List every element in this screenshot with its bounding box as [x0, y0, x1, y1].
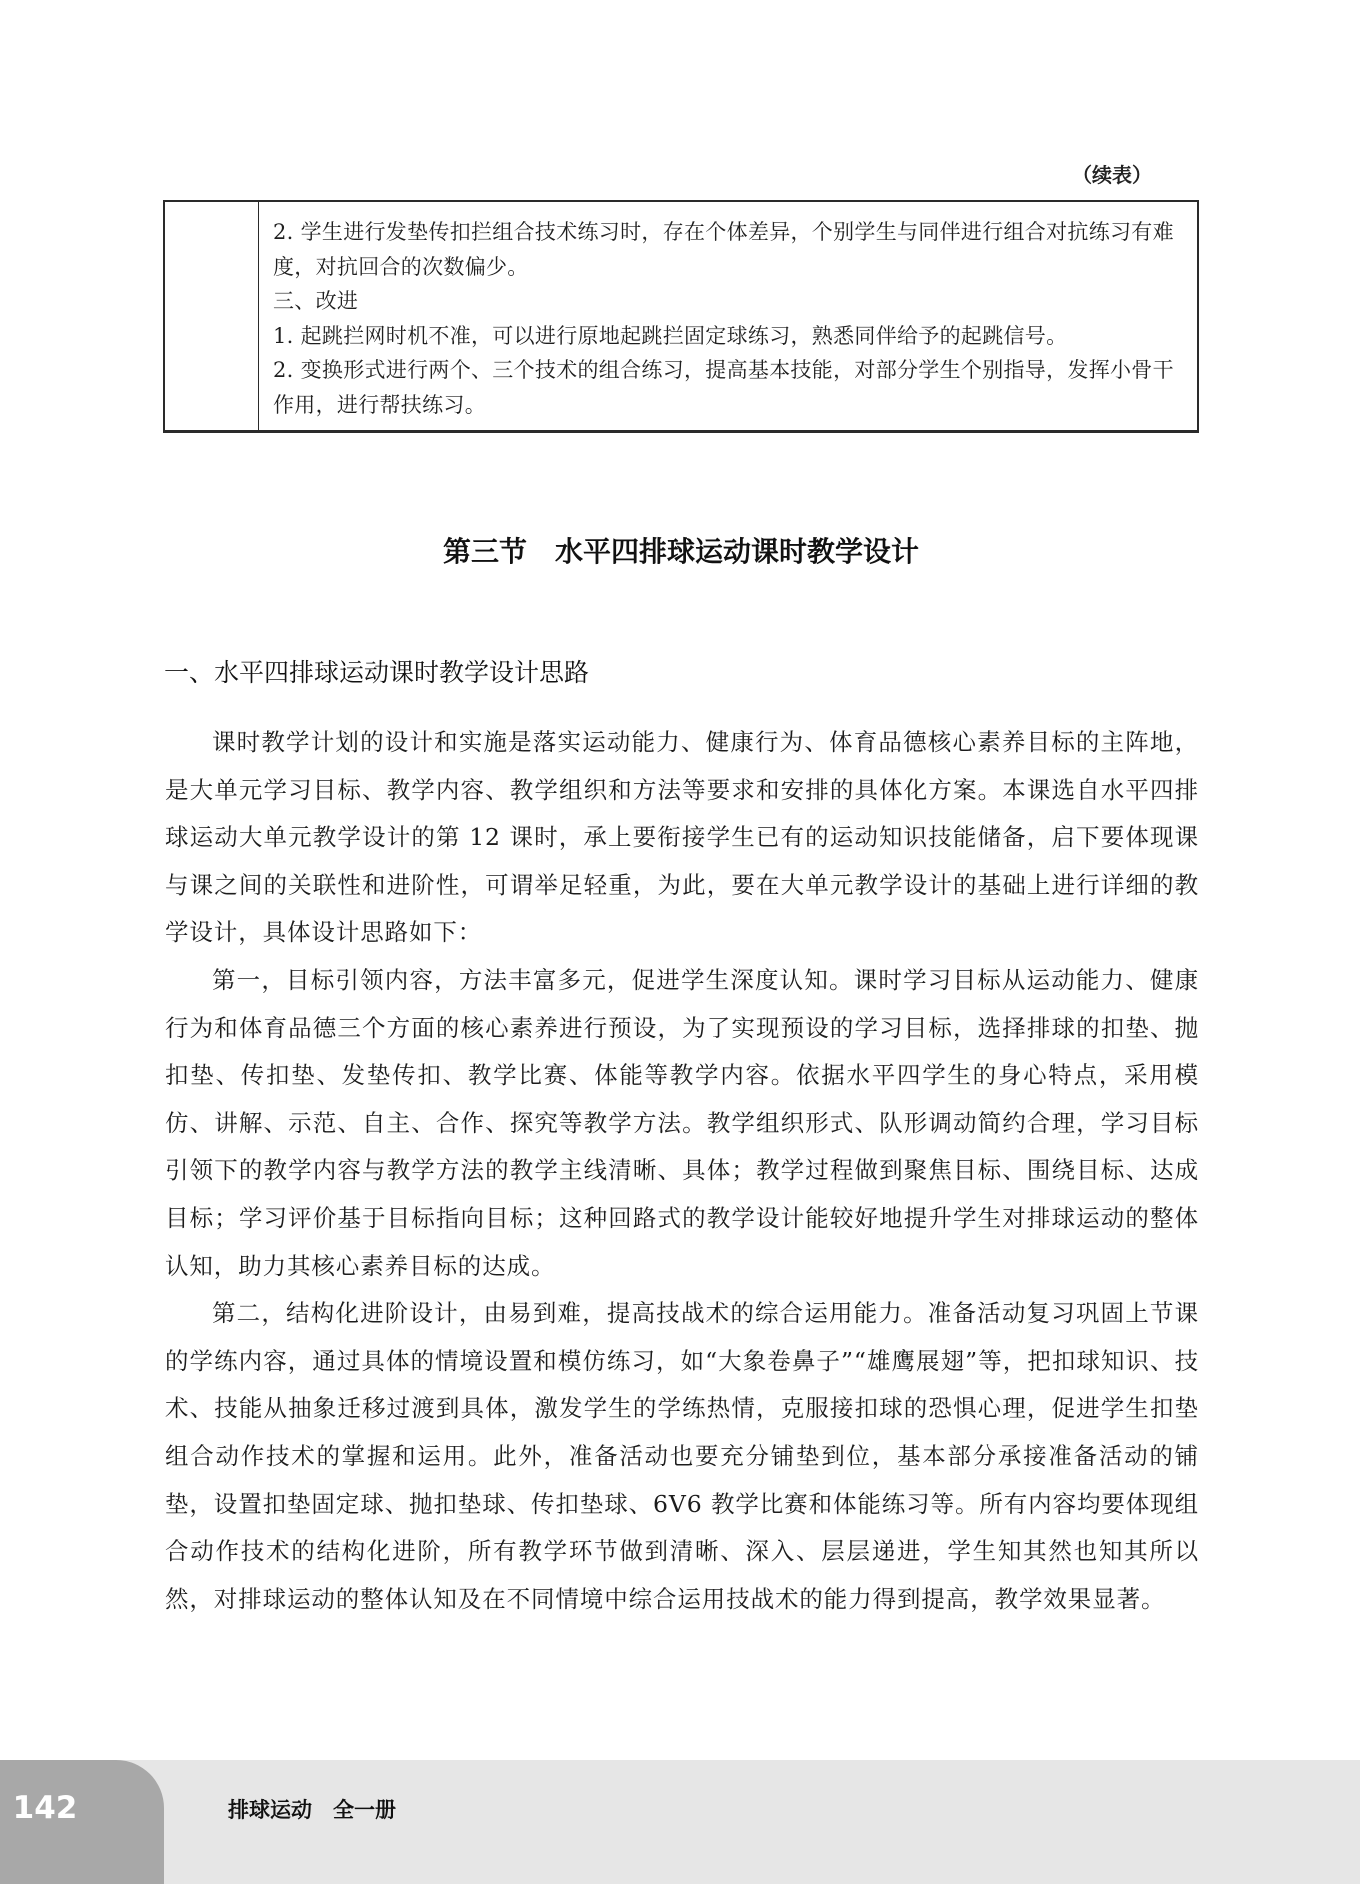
section-title: 第三节 水平四排球运动课时教学设计 — [163, 532, 1199, 572]
footer-book-title: 排球运动 全一册 — [228, 1795, 396, 1825]
table-line-problem-2: 2. 学生进行发垫传扣拦组合技术练习时，存在个体差异，个别学生与同伴进行组合对抗… — [273, 215, 1187, 284]
paragraph-second-point: 第二，结构化进阶设计，由易到难，提高技战术的综合运用能力。准备活动复习巩固上节课… — [165, 1290, 1199, 1623]
table-left-cell — [165, 202, 259, 430]
table-line-improve-2: 2. 变换形式进行两个、三个技术的组合练习，提高基本技能，对部分学生个别指导，发… — [273, 353, 1187, 422]
page-number: 142 — [0, 1788, 182, 1828]
subsection-title: 一、水平四排球运动课时教学设计思路 — [164, 654, 589, 692]
continued-table-label: （续表） — [1000, 160, 1152, 190]
body-text: 课时教学计划的设计和实施是落实运动能力、健康行为、体育品德核心素养目标的主阵地，… — [165, 719, 1199, 1623]
continued-table: 2. 学生进行发垫传扣拦组合技术练习时，存在个体差异，个别学生与同伴进行组合对抗… — [163, 200, 1199, 433]
table-line-improve-1: 1. 起跳拦网时机不准，可以进行原地起跳拦固定球练习，熟悉同伴给予的起跳信号。 — [273, 319, 1187, 354]
paragraph-first-point: 第一，目标引领内容，方法丰富多元，促进学生深度认知。课时学习目标从运动能力、健康… — [165, 957, 1199, 1290]
table-right-cell: 2. 学生进行发垫传扣拦组合技术练习时，存在个体差异，个别学生与同伴进行组合对抗… — [259, 202, 1197, 430]
paragraph-intro: 课时教学计划的设计和实施是落实运动能力、健康行为、体育品德核心素养目标的主阵地，… — [165, 719, 1199, 957]
table-line-improve-heading: 三、改进 — [273, 284, 1187, 319]
page-number-text: 142 — [13, 1788, 78, 1828]
footer-band — [0, 1760, 1360, 1884]
